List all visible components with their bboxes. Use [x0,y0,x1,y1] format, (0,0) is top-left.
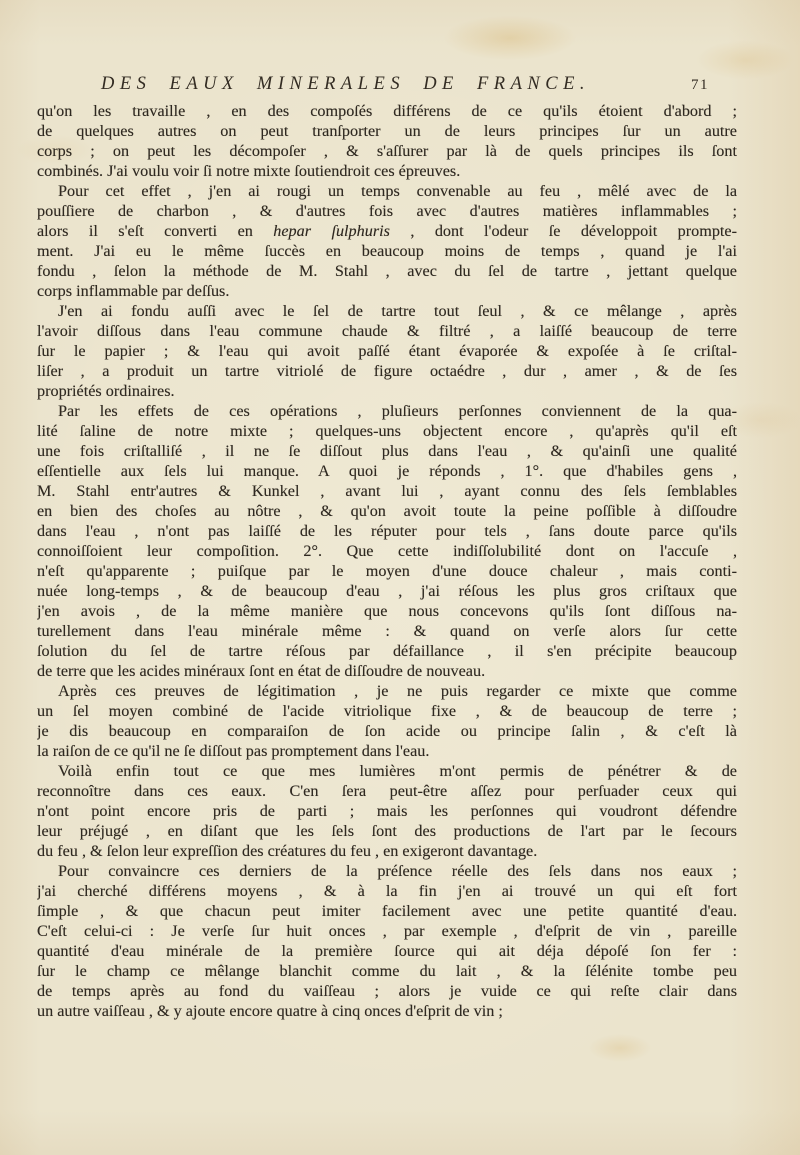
text-line: alors il s'eſt converti en hepar ſulphur… [37,221,737,241]
paragraph: Pour cet effet , j'en ai rougi un temps … [37,181,737,301]
text-line: la raiſon de ce qu'il ne ſe diſſout pas … [37,741,737,761]
text-line: qu'on les travaille , en des compoſés di… [37,101,737,121]
text-line: en bien des choſes au nôtre , & qu'on av… [37,501,737,521]
page-text: qu'on les travaille , en des compoſés di… [37,101,737,1021]
running-head: DES EAUX MINERALES DE FRANCE. 71 [37,74,737,95]
paragraph: Après ces preuves de légitimation , je n… [37,681,737,761]
text-line: du feu , & ſelon leur expreſſion des cré… [37,841,737,861]
text-line: de quelques autres on peut tranſporter u… [37,121,737,141]
text-line: C'eſt celui-ci : Je verſe ſur huit onces… [37,921,737,941]
text-line: combinés. J'ai voulu voir ſi notre mixte… [37,161,737,181]
text-line: je dis beaucoup en comparaiſon de ſon ac… [37,721,737,741]
page-header-title: DES EAUX MINERALES DE FRANCE. [101,74,590,95]
text-line: j'ai cherché différens moyens , & à la f… [37,881,737,901]
text-line: Après ces preuves de légitimation , je n… [37,681,737,701]
scanned-book-page: DES EAUX MINERALES DE FRANCE. 71 qu'on l… [0,0,800,1155]
text-line: une fois criſtalliſé , il ne ſe diſſout … [37,441,737,461]
text-line: de terre que les acides minéraux ſont en… [37,661,737,681]
text-line: connoiſſoient leur compoſition. 2°. Que … [37,541,737,561]
text-line: lité ſaline de notre mixte ; quelques-un… [37,421,737,441]
text-line: ſimple , & que chacun peut imiter facile… [37,901,737,921]
text-line: nuée long-temps , & de beaucoup d'eau , … [37,581,737,601]
text-line: corps inflammable par deſſus. [37,281,737,301]
text-line: pouſſiere de charbon , & d'autres fois a… [37,201,737,221]
text-line: n'eſt qu'apparente ; puiſque par le moye… [37,561,737,581]
paragraph: J'en ai fondu auſſi avec le ſel de tartr… [37,301,737,401]
text-line: reconnoître dans ces eaux. C'en ſera peu… [37,781,737,801]
text-line: ſur le papier ; & l'eau qui avoit paſſé … [37,341,737,361]
text-line: ment. J'ai eu le même ſuccès en beaucoup… [37,241,737,261]
page-number: 71 [691,77,709,94]
text-line: propriétés ordinaires. [37,381,737,401]
text-line: n'ont point encore pris de parti ; mais … [37,801,737,821]
text-line: Pour cet effet , j'en ai rougi un temps … [37,181,737,201]
text-line: ſolution du ſel de tartre réſous par déf… [37,641,737,661]
text-line: Voilà enfin tout ce que mes lumières m'o… [37,761,737,781]
paragraph: Voilà enfin tout ce que mes lumières m'o… [37,761,737,861]
text-line: dans l'eau , n'ont pas laiſſé de les rép… [37,521,737,541]
text-line: quantité d'eau minérale de la première ſ… [37,941,737,961]
text-line: turellement dans l'eau minérale même : &… [37,621,737,641]
text-line: j'en avois , de la même manière que nous… [37,601,737,621]
paragraph: Pour convaincre ces derniers de la préſe… [37,861,737,1021]
paragraph: Par les effets de ces opérations , pluſi… [37,401,737,681]
text-line: de temps après au fond du vaiſſeau ; alo… [37,981,737,1001]
text-line: eſſentielle aux ſels lui manque. A quoi … [37,461,737,481]
text-line: M. Stahl entr'autres & Kunkel , avant lu… [37,481,737,501]
italic-phrase: hepar ſulphuris [273,222,390,240]
text-line: corps ; on peut les décompoſer , & s'aſſ… [37,141,737,161]
text-line: leur préjugé , en diſant que les ſels ſo… [37,821,737,841]
text-line: l'avoir diſſous dans l'eau commune chaud… [37,321,737,341]
paragraph: qu'on les travaille , en des compoſés di… [37,101,737,181]
text-line: Par les effets de ces opérations , pluſi… [37,401,737,421]
text-line: un ſel moyen combiné de l'acide vitrioli… [37,701,737,721]
text-line: fondu , ſelon la méthode de M. Stahl , a… [37,261,737,281]
text-line: ſur le champ ce mêlange blanchit comme d… [37,961,737,981]
text-line: Pour convaincre ces derniers de la préſe… [37,861,737,881]
text-line: J'en ai fondu auſſi avec le ſel de tartr… [37,301,737,321]
text-line: un autre vaiſſeau , & y ajoute encore qu… [37,1001,737,1021]
text-line: liſer , a produit un tartre vitriolé de … [37,361,737,381]
